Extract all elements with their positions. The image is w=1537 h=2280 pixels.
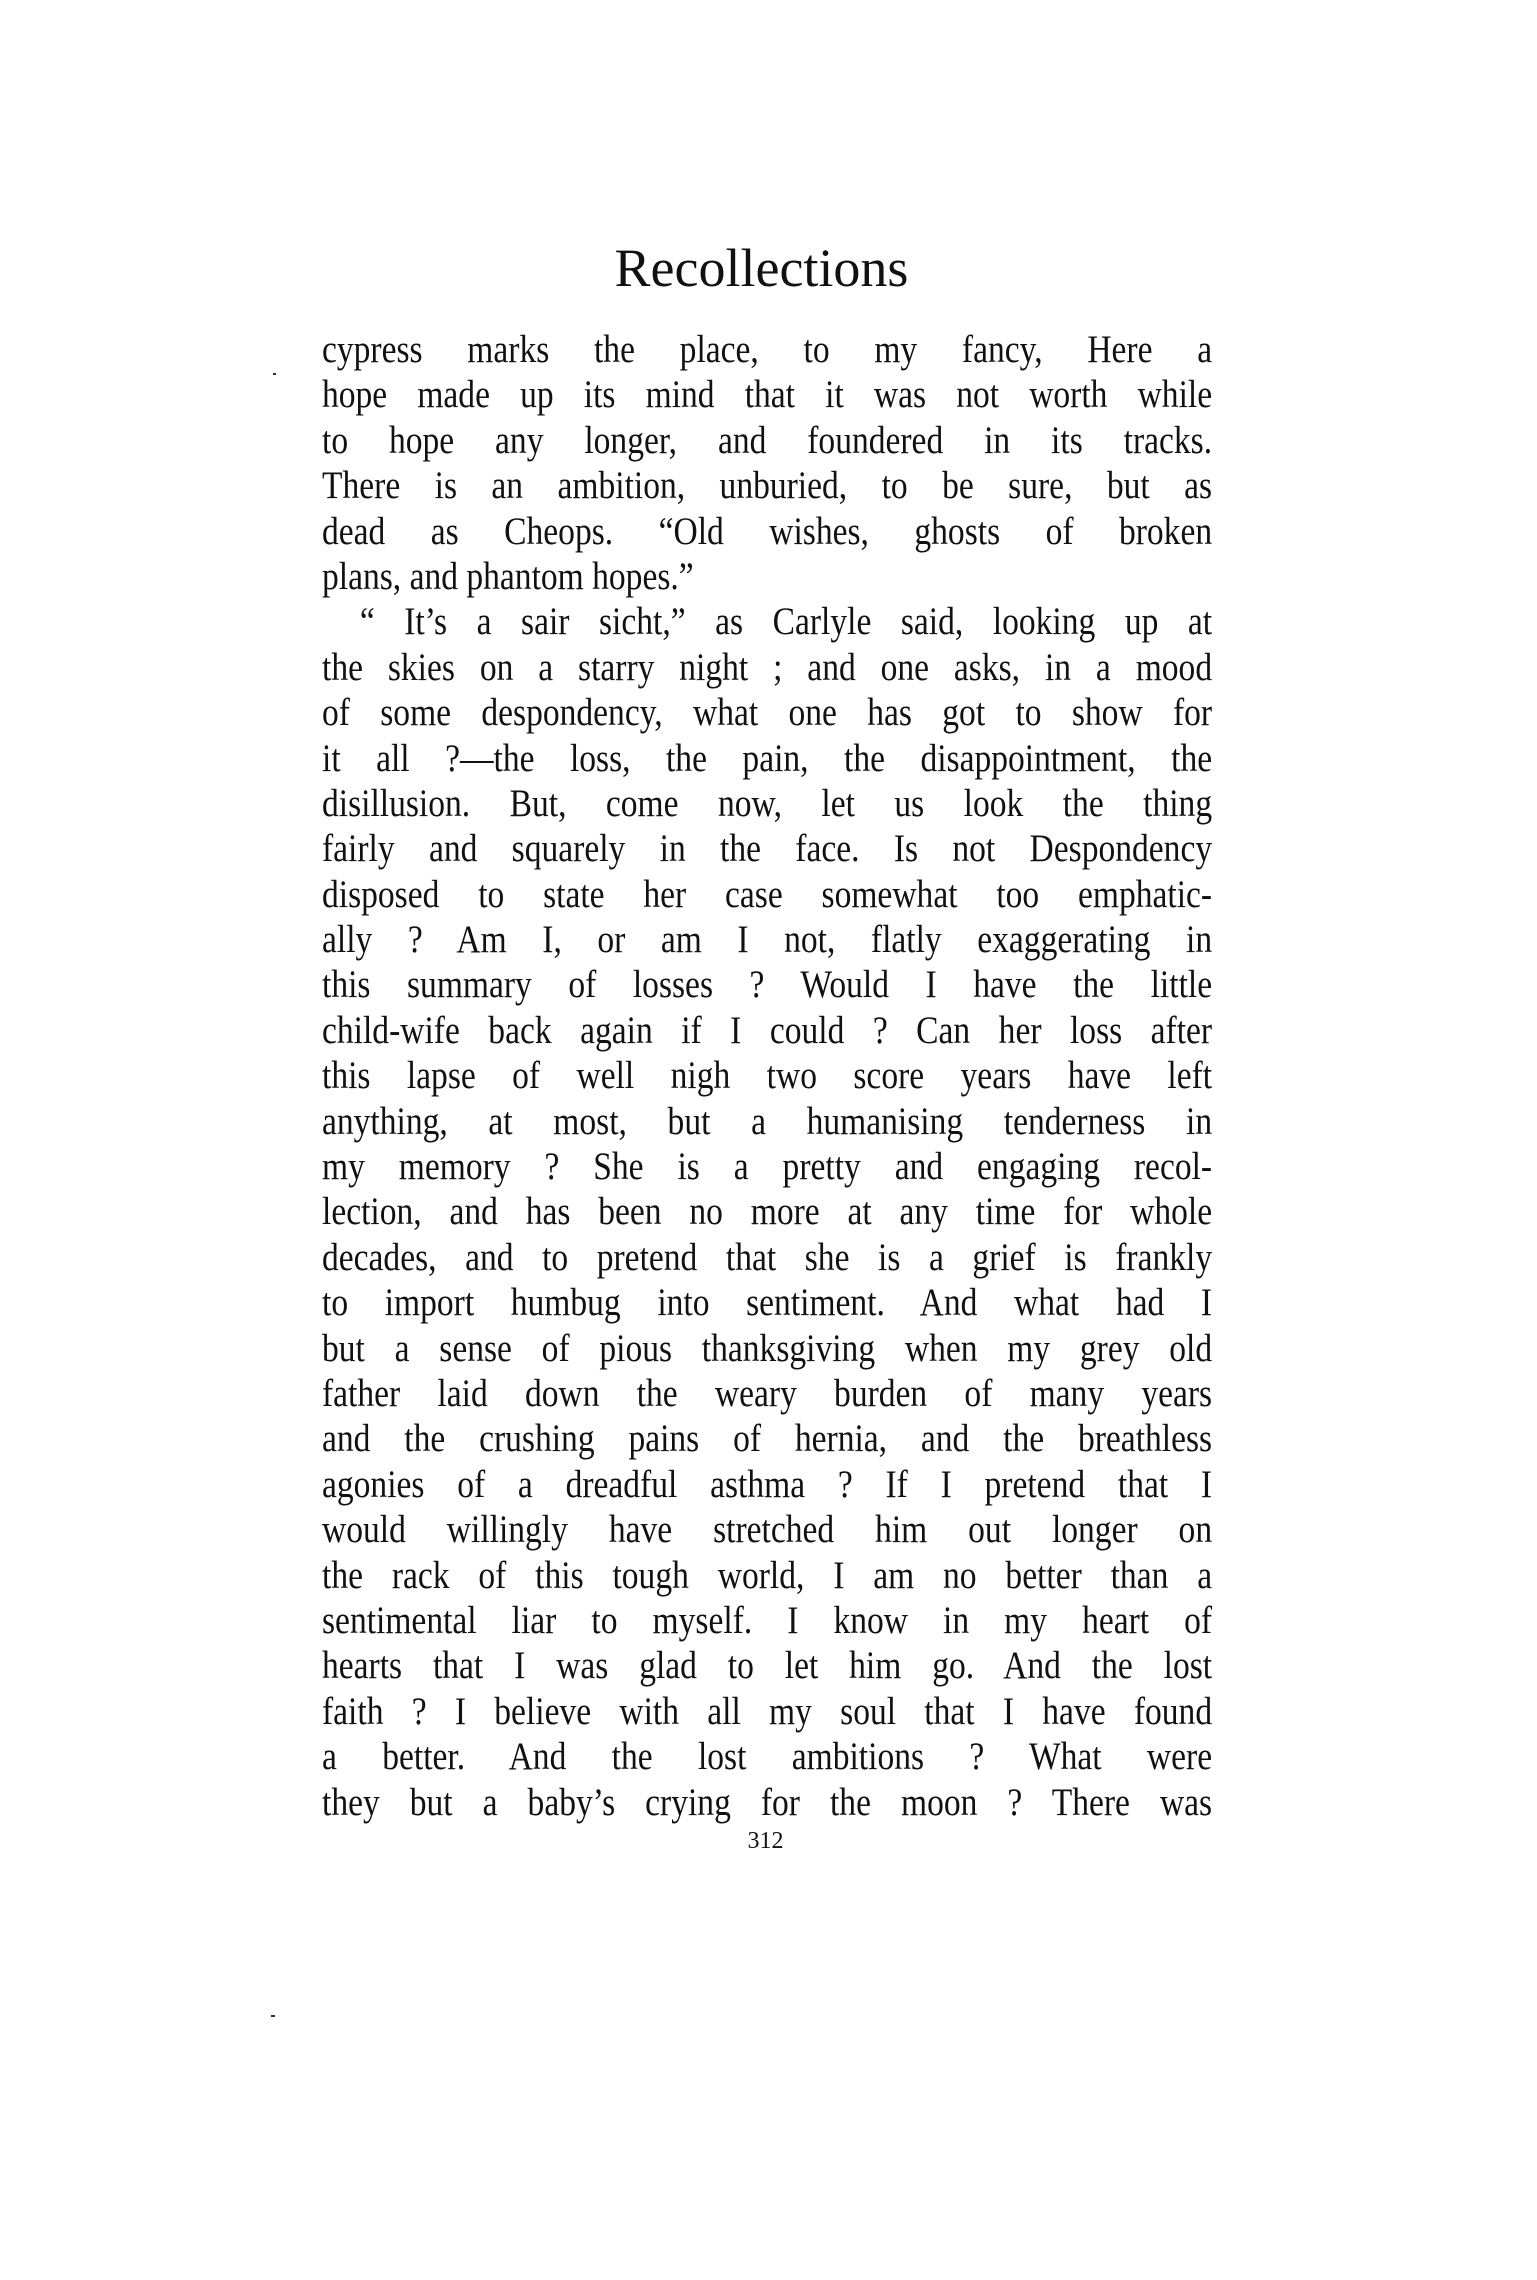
- running-head-title: Recollections: [0, 236, 1537, 300]
- text-line: agonies of a dreadful asthma ? If I pret…: [322, 1462, 1212, 1507]
- text-line: to hope any longer, and foundered in its…: [322, 418, 1212, 463]
- text-line: father laid down the weary burden of man…: [322, 1371, 1212, 1416]
- text-line: ally ? Am I, or am I not, flatly exagger…: [322, 917, 1212, 962]
- text-line: and the crushing pains of hernia, and th…: [322, 1416, 1212, 1461]
- text-line: of some despondency, what one has got to…: [322, 690, 1212, 735]
- text-line: anything, at most, but a humanising tend…: [322, 1099, 1212, 1144]
- text-line: the skies on a starry night ; and one as…: [322, 645, 1212, 690]
- text-line: would willingly have stretched him out l…: [322, 1507, 1212, 1552]
- page-number: 312: [0, 1826, 1537, 1856]
- body-text: cypress marks the place, to my fancy, He…: [322, 327, 1212, 1825]
- text-line: the rack of this tough world, I am no be…: [322, 1553, 1212, 1598]
- text-line: this summary of losses ? Would I have th…: [322, 962, 1212, 1007]
- scan-speck: [271, 2015, 275, 2017]
- text-line: sentimental liar to myself. I know in my…: [322, 1598, 1212, 1643]
- text-line: There is an ambition, unburied, to be su…: [322, 463, 1212, 508]
- text-line: cypress marks the place, to my fancy, He…: [322, 327, 1212, 372]
- text-line: a better. And the lost ambitions ? What …: [322, 1734, 1212, 1779]
- text-line: hope made up its mind that it was not wo…: [322, 372, 1212, 417]
- text-line: child-wife back again if I could ? Can h…: [322, 1008, 1212, 1053]
- scan-speck: [273, 373, 276, 375]
- text-line: disillusion. But, come now, let us look …: [322, 781, 1212, 826]
- text-line: to import humbug into sentiment. And wha…: [322, 1280, 1212, 1325]
- book-page: Recollections cypress marks the place, t…: [0, 0, 1537, 2280]
- text-line: fairly and squarely in the face. Is not …: [322, 826, 1212, 871]
- paragraph-start-line: “ It’s a sair sicht,” as Carlyle said, l…: [322, 599, 1212, 644]
- text-line: faith ? I believe with all my soul that …: [322, 1689, 1212, 1734]
- text-line: hearts that I was glad to let him go. An…: [322, 1643, 1212, 1688]
- text-line: it all ?—the loss, the pain, the disappo…: [322, 736, 1212, 781]
- text-line: they but a baby’s crying for the moon ? …: [322, 1780, 1212, 1825]
- text-line: my memory ? She is a pretty and engaging…: [322, 1144, 1212, 1189]
- text-line: dead as Cheops. “Old wishes, ghosts of b…: [322, 509, 1212, 554]
- text-line: this lapse of well nigh two score years …: [322, 1053, 1212, 1098]
- text-line: disposed to state her case somewhat too …: [322, 872, 1212, 917]
- paragraph-end-line: plans, and phantom hopes.”: [322, 554, 1212, 599]
- text-line: lection, and has been no more at any tim…: [322, 1189, 1212, 1234]
- text-line: but a sense of pious thanksgiving when m…: [322, 1326, 1212, 1371]
- text-line: decades, and to pretend that she is a gr…: [322, 1235, 1212, 1280]
